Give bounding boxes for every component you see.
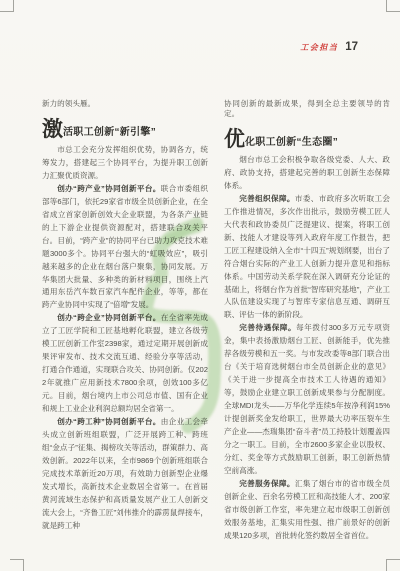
paragraph: 创办“跨工种”协同创新平台。由企业工会牵头成立创新班组联盟，广泛开展跨工种、跨班…	[42, 416, 208, 533]
paragraph-text: 市总工会充分发挥组织优势，协调各方，统筹发力，搭建起三个协同平台，为提升职工创新…	[42, 145, 208, 180]
crop-mark-bottom-right	[386, 559, 400, 571]
paragraph-text: 在全省率先成立了工匠学院和工匠基地孵化联盟，建立各级劳模工匠创新工作室2398家…	[42, 313, 208, 413]
paragraph-text: 每年拨付300多万元专项资金，集中表扬激励烟台工匠、创新能手，优先推荐各级劳模和…	[224, 323, 390, 474]
paragraph-lead: 创办“跨企业”协同创新平台。	[57, 313, 161, 322]
paragraph: 创办“跨产业”协同创新平台。联合市委组织部等6部门，依托29家省市级全员创新企业…	[42, 183, 208, 313]
paragraph-text: 由企业工会牵头成立创新班组联盟，广泛开展跨工种、跨班组“金点子”征集、揭榜攻关等…	[42, 417, 208, 530]
paragraph-lead: 完善待遇保障。	[239, 323, 296, 332]
paragraph: 完善服务保障。汇集了烟台市的省市级全员创新企业、百余名劳模工匠和高技能人才、20…	[224, 478, 390, 543]
paragraph-text: 市委、市政府多次听取工会工作推进情况，多次作出批示，鼓励劳模工匠人大代表和政协委…	[224, 194, 390, 320]
paragraph-lead: 创办“跨产业”协同创新平台。	[57, 184, 161, 193]
left-column: 新力的领头雁。 激 活职工创新“新引擎” 市总工会充分发挥组织优势，协调各方，统…	[42, 99, 208, 533]
paragraph: 完善待遇保障。每年拨付300多万元专项资金，集中表扬激励烟台工匠、创新能手，优先…	[224, 322, 390, 477]
heading-rest-right: 化职工创新“生态圈”	[245, 133, 338, 149]
magazine-page: 工会担当 17 新力的领头雁。 激 活职工创新“新引擎” 市总工会充分发挥组织优…	[0, 0, 400, 571]
paragraph: 市总工会充分发挥组织优势，协调各方，统筹发力，搭建起三个协同平台，为提升职工创新…	[42, 144, 208, 183]
page-number: 17	[345, 41, 358, 53]
paragraph-lead: 完善服务保障。	[239, 479, 295, 488]
page-header: 工会担当 17	[300, 41, 358, 53]
paragraph-lead: 完善组织保障。	[239, 194, 295, 203]
heading-initial-left: 激	[42, 120, 63, 139]
crop-mark-top-left	[0, 0, 14, 12]
right-column: 协同创新的最新成果，得到全总主要领导的肯定。 优 化职工创新“生态圈” 烟台市总…	[224, 99, 390, 543]
section-heading-left: 激 活职工创新“新引擎”	[42, 120, 208, 139]
heading-initial-right: 优	[224, 130, 245, 149]
paragraph: 烟台市总工会积极争取各级党委、人大、政府、政协支持，搭建起完善的职工创新生态保障…	[224, 154, 390, 193]
paragraph-text: 烟台市总工会积极争取各级党委、人大、政府、政协支持，搭建起完善的职工创新生态保障…	[224, 155, 390, 190]
journal-title: 工会担当	[300, 42, 338, 53]
paragraph: 创办“跨企业”协同创新平台。在全省率先成立了工匠学院和工匠基地孵化联盟，建立各级…	[42, 312, 208, 416]
paragraph: 完善组织保障。市委、市政府多次听取工会工作推进情况，多次作出批示，鼓励劳模工匠人…	[224, 193, 390, 323]
paragraph-text: 联合市委组织部等6部门，依托29家省市级全员创新企业，在全省成立首家创新创效大企…	[42, 184, 208, 310]
crop-mark-bottom-left	[10, 559, 24, 571]
paragraph-lead: 创办“跨工种”协同创新平台。	[57, 417, 161, 426]
heading-rest-left: 活职工创新“新引擎”	[63, 123, 156, 139]
continuation-text-left: 新力的领头雁。	[42, 99, 208, 109]
crop-mark-top-right	[386, 0, 400, 12]
continuation-text-right: 协同创新的最新成果，得到全总主要领导的肯定。	[224, 99, 390, 119]
section-heading-right: 优 化职工创新“生态圈”	[224, 130, 390, 149]
